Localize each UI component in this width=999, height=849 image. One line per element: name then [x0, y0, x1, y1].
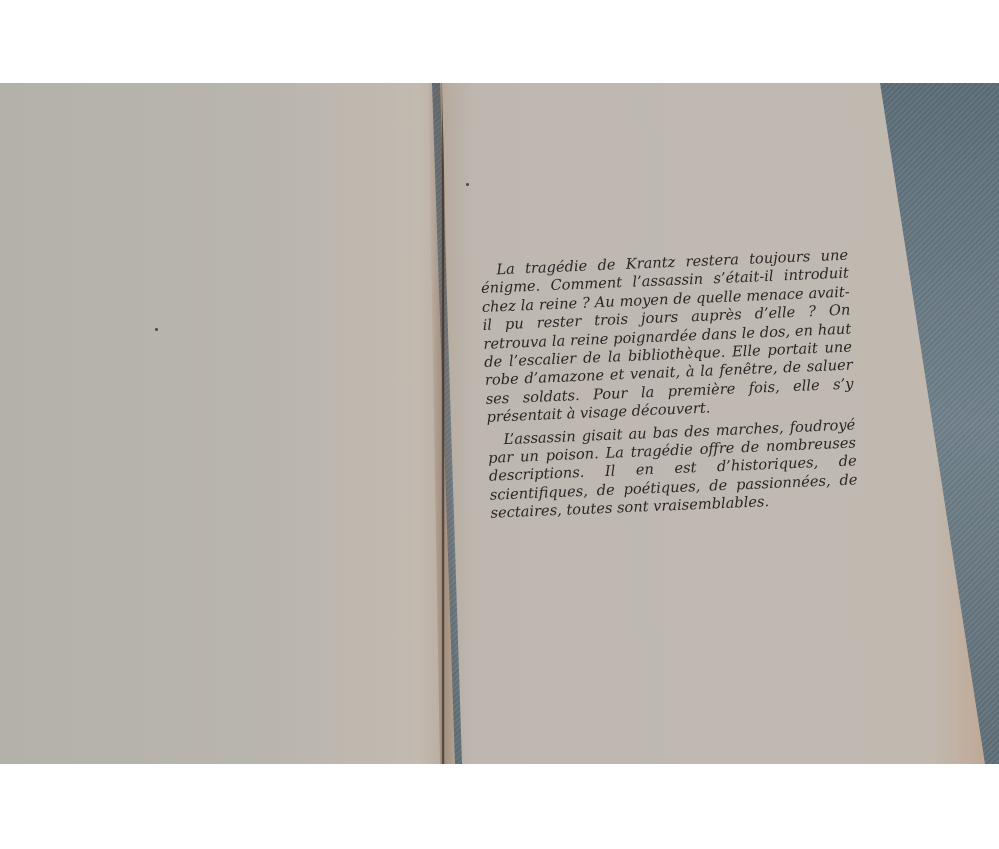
page-text: La tragédie de Krantz restera toujours u…	[480, 247, 859, 524]
paragraph-1: La tragédie de Krantz restera toujours u…	[480, 247, 855, 428]
paper-speck	[155, 328, 158, 331]
left-page-blank	[0, 83, 455, 764]
paper-speck	[466, 183, 469, 186]
paragraph-2: L’assassin gisait au bas des marches, fo…	[487, 416, 859, 523]
